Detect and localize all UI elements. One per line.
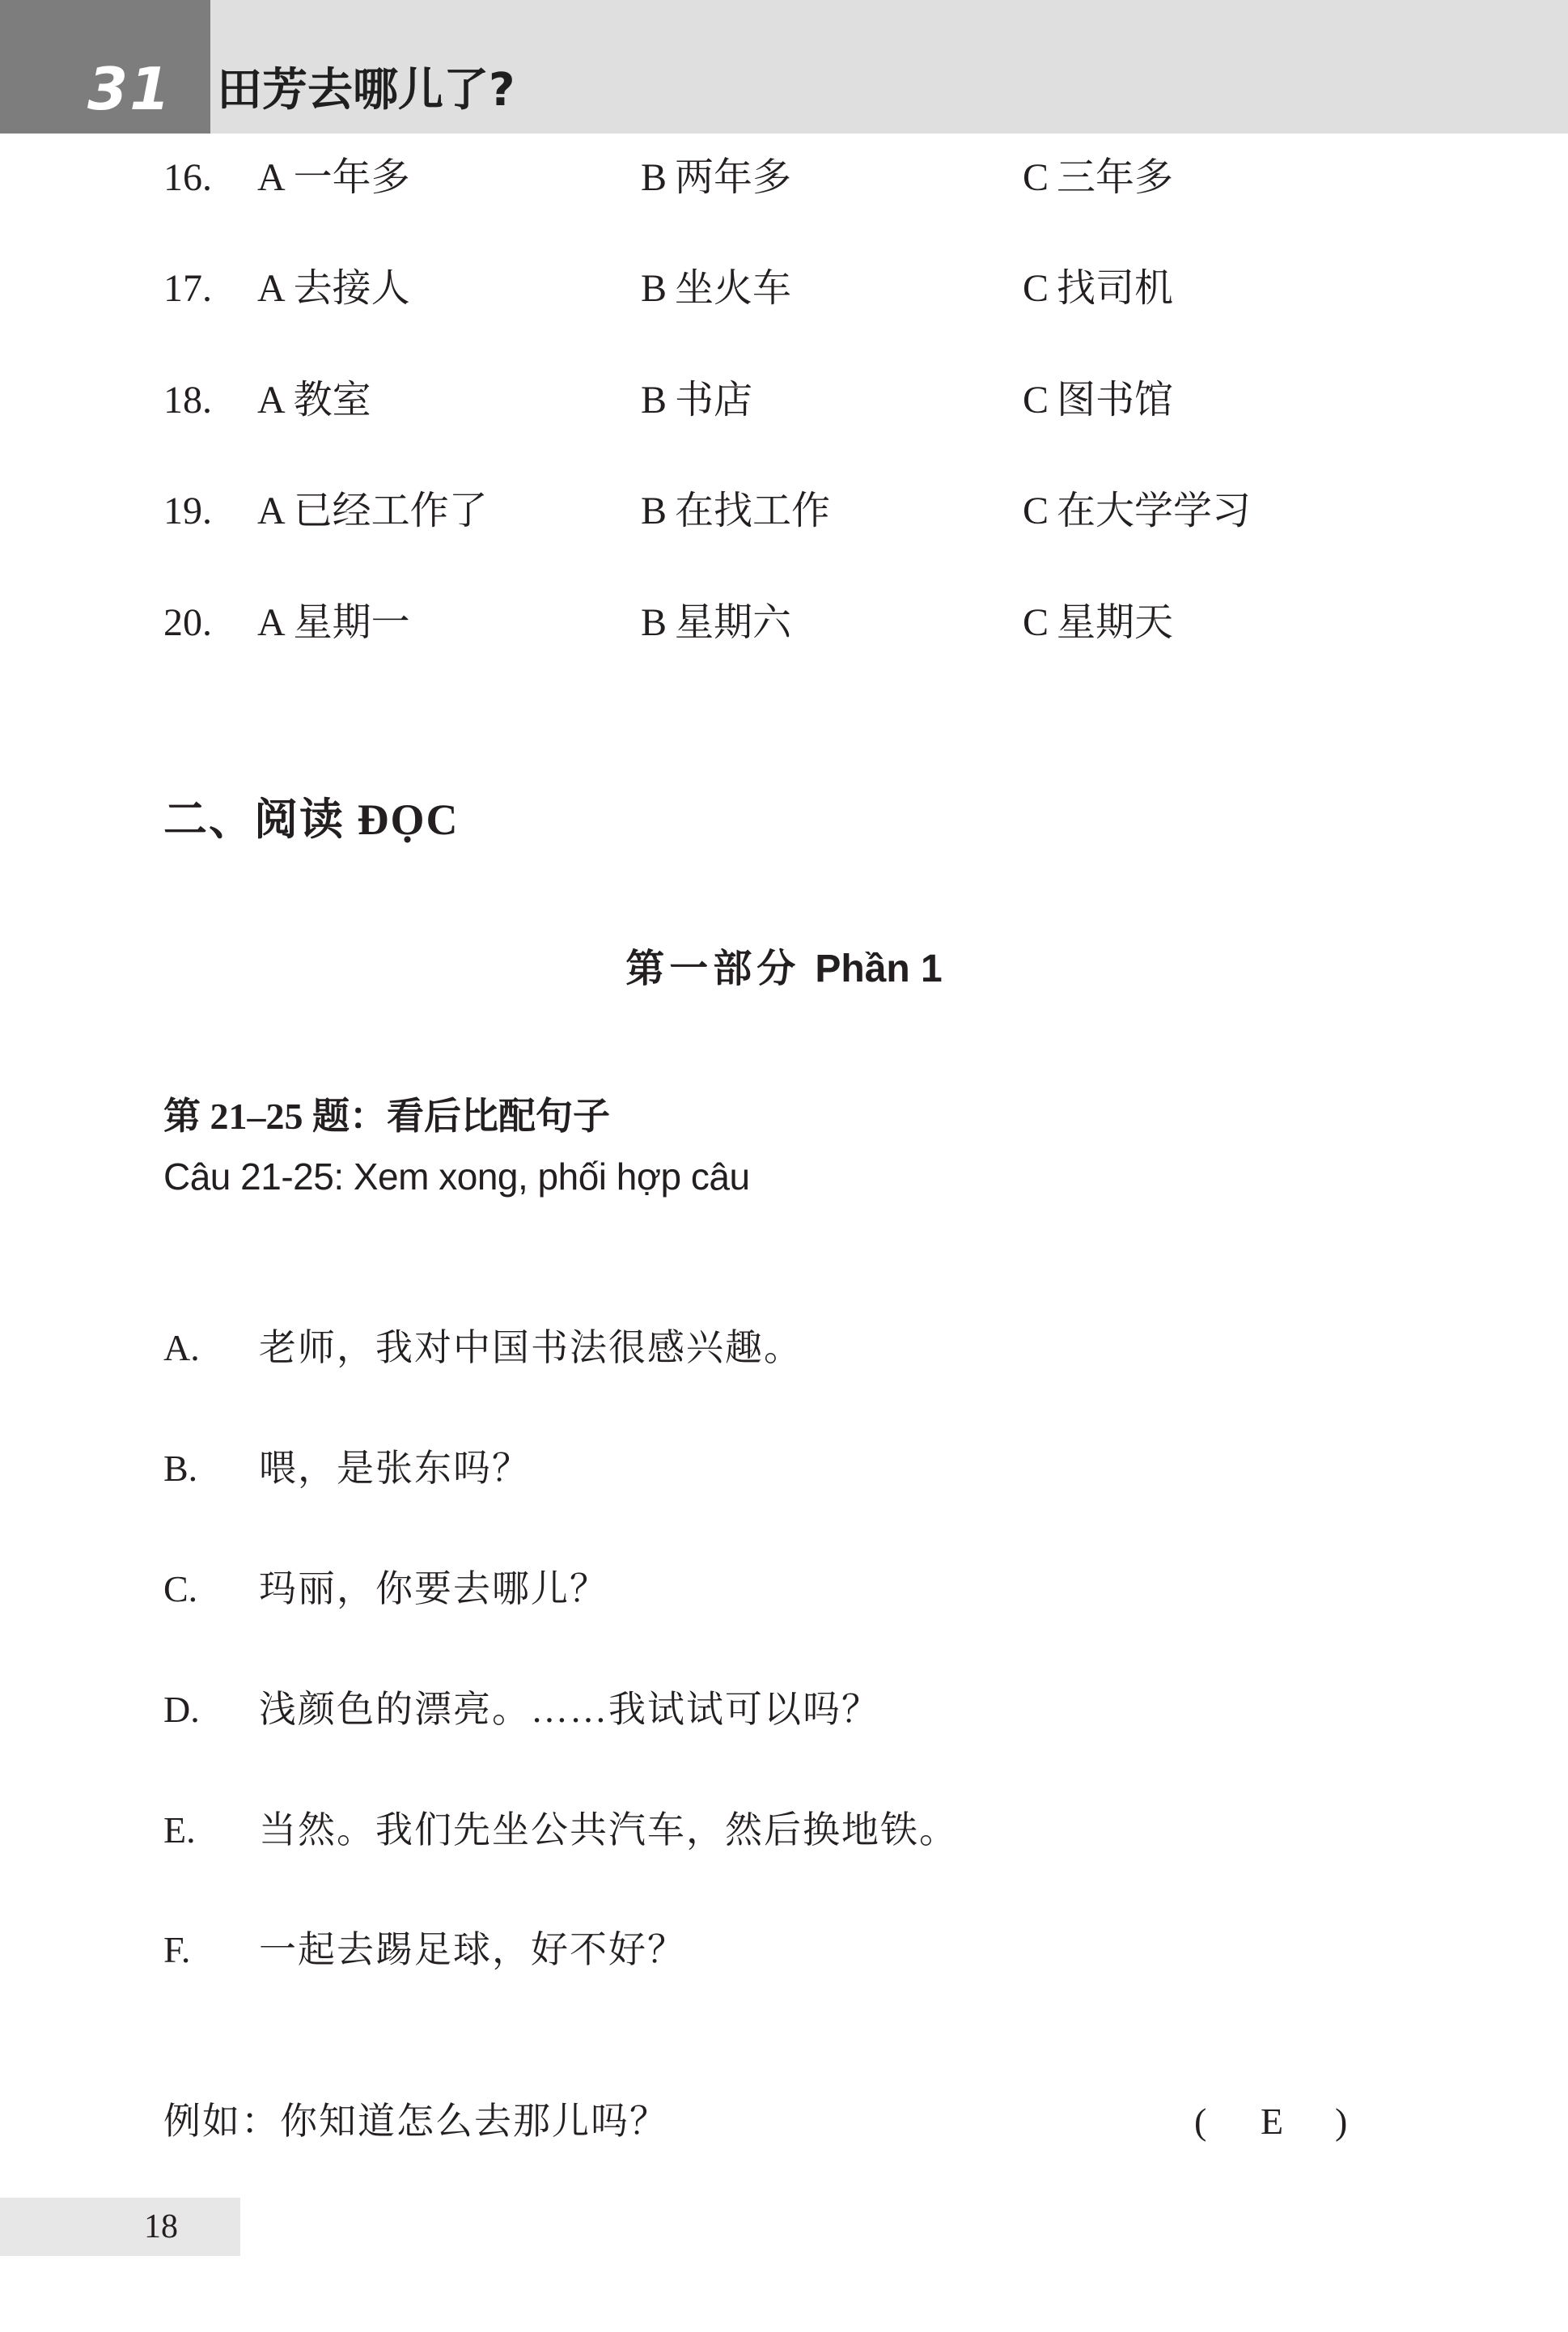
sentence-text: 一起去踢足球，好不好？ [259, 1926, 686, 1974]
sentence-letter: C. [163, 1565, 197, 1613]
part-heading: 第一部分Phần 1 [0, 943, 1568, 996]
option-b: B书店 [641, 376, 752, 425]
instruction-vn: Câu 21-25: Xem xong, phối hợp câu [163, 1152, 750, 1201]
page-number-box [0, 2198, 240, 2256]
option-b: B坐火车 [641, 265, 791, 313]
sentence-option: C. 玛丽，你要去哪儿？ [0, 1565, 1568, 1613]
option-b: B两年多 [641, 154, 791, 202]
sentence-option: D. 浅颜色的漂亮。……我试试可以吗？ [0, 1685, 1568, 1734]
page-number: 18 [144, 2201, 178, 2253]
sentence-text: 玛丽，你要去哪儿？ [259, 1565, 608, 1613]
question-row: 18. A教室 B书店 C图书馆 [0, 376, 1568, 425]
sentence-option: F. 一起去踢足球，好不好？ [0, 1926, 1568, 1974]
question-number: 20. [163, 599, 212, 647]
option-a: A已经工作了 [257, 487, 488, 536]
option-a: A一年多 [257, 154, 410, 202]
instruction-cn: 第 21–25 题：看后比配句子 [163, 1092, 610, 1141]
question-number: 16. [163, 154, 212, 202]
question-row: 16. A一年多 B两年多 C三年多 [0, 154, 1568, 202]
question-row: 20. A星期一 B星期六 C星期天 [0, 599, 1568, 647]
sentence-option: B. 喂，是张东吗？ [0, 1444, 1568, 1493]
question-number: 17. [163, 265, 212, 313]
sentence-text: 当然。我们先坐公共汽车，然后换地铁。 [259, 1806, 958, 1855]
sentence-option: E. 当然。我们先坐公共汽车，然后换地铁。 [0, 1806, 1568, 1855]
lesson-number: 31 [87, 57, 172, 121]
part-heading-cn: 第一部分 [625, 948, 800, 990]
question-row: 19. A已经工作了 B在找工作 C在大学学习 [0, 487, 1568, 536]
option-a: A教室 [257, 376, 371, 425]
option-c: C星期天 [1023, 599, 1173, 647]
question-row: 17. A去接人 B坐火车 C找司机 [0, 265, 1568, 313]
question-number: 18. [163, 376, 212, 425]
option-c: C图书馆 [1023, 376, 1173, 425]
option-c: C找司机 [1023, 265, 1173, 313]
example-row: 例如：你知道怎么去那儿吗？ ( E ) [0, 2097, 1568, 2146]
question-number: 19. [163, 487, 212, 536]
lesson-title: 田芳去哪儿了? [217, 60, 515, 121]
sentence-letter: D. [163, 1685, 200, 1734]
sentence-text: 浅颜色的漂亮。……我试试可以吗？ [259, 1685, 880, 1734]
answer-paren-open: ( [1194, 2097, 1206, 2146]
option-a: A去接人 [257, 265, 410, 313]
answer-paren-close: ) [1335, 2097, 1347, 2146]
option-b: B在找工作 [641, 487, 830, 536]
sentence-option: A. 老师，我对中国书法很感兴趣。 [0, 1324, 1568, 1372]
section-heading-reading: 二、阅读 ĐỌC [163, 791, 460, 848]
option-a: A星期一 [257, 599, 410, 647]
option-c: C三年多 [1023, 154, 1173, 202]
part-heading-vn: Phần 1 [815, 948, 942, 990]
sentence-letter: A. [163, 1324, 200, 1372]
sentence-letter: E. [163, 1806, 196, 1855]
sentence-text: 老师，我对中国书法很感兴趣。 [259, 1324, 803, 1372]
option-b: B星期六 [641, 599, 791, 647]
example-text: 例如：你知道怎么去那儿吗？ [163, 2097, 668, 2146]
sentence-text: 喂，是张东吗？ [259, 1444, 531, 1493]
sentence-letter: B. [163, 1444, 197, 1493]
option-c: C在大学学习 [1023, 487, 1251, 536]
example-answer: E [1261, 2097, 1283, 2146]
sentence-letter: F. [163, 1926, 190, 1974]
